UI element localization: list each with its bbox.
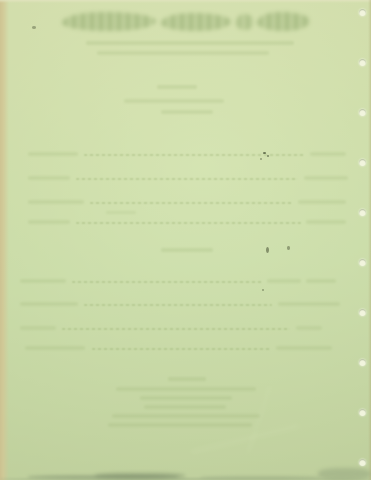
ghost-text-line bbox=[161, 248, 213, 252]
ghost-text-line bbox=[20, 326, 56, 330]
ghost-text-line bbox=[112, 414, 260, 418]
ghost-text-line bbox=[28, 152, 78, 156]
ghost-text-line bbox=[28, 220, 70, 224]
ghost-text-line bbox=[310, 152, 346, 156]
ghost-text-line bbox=[157, 85, 197, 89]
scan-edge-top bbox=[0, 0, 371, 3]
ghost-text-line bbox=[306, 279, 336, 283]
ghost-text-line bbox=[20, 302, 78, 306]
ghost-form-rule bbox=[62, 328, 290, 330]
punch-hole bbox=[359, 359, 366, 366]
ghost-form-rule bbox=[90, 202, 292, 204]
ghost-letterhead-blob bbox=[236, 14, 254, 30]
ghost-text-line bbox=[168, 377, 206, 381]
ghost-text-line bbox=[25, 346, 85, 350]
ghost-form-rule bbox=[84, 304, 272, 306]
ghost-text-line bbox=[278, 302, 340, 306]
ghost-text-line bbox=[124, 99, 224, 103]
punch-hole bbox=[359, 109, 366, 116]
ghost-form-rule bbox=[76, 178, 298, 180]
ink-speck bbox=[263, 152, 266, 154]
punch-hole bbox=[359, 9, 366, 16]
ghost-form-rule bbox=[76, 222, 301, 224]
punch-hole bbox=[359, 59, 366, 66]
ghost-text-line bbox=[86, 41, 294, 45]
ghost-text-line bbox=[306, 220, 346, 224]
scanned-page bbox=[0, 0, 371, 480]
ghost-form-rule bbox=[72, 281, 262, 283]
punch-hole bbox=[359, 459, 366, 466]
paper-crease-highlight bbox=[247, 386, 271, 453]
ghost-text-line bbox=[116, 387, 256, 391]
punch-hole bbox=[359, 259, 366, 266]
ghost-text-line bbox=[140, 396, 232, 400]
ghost-text-line bbox=[144, 405, 226, 409]
paper-crease-highlight bbox=[191, 425, 298, 454]
ghost-text-line bbox=[106, 211, 136, 214]
ghost-letterhead-blob bbox=[62, 12, 156, 31]
ink-speck bbox=[32, 26, 36, 29]
ghost-text-line bbox=[28, 176, 70, 180]
ink-speck bbox=[260, 158, 262, 160]
ink-speck bbox=[262, 289, 264, 291]
ghost-text-line bbox=[28, 200, 84, 204]
ghost-form-rule bbox=[84, 154, 304, 156]
ink-speck bbox=[287, 246, 290, 250]
ghost-text-line bbox=[267, 279, 301, 283]
punch-hole bbox=[359, 159, 366, 166]
ghost-text-line bbox=[97, 51, 269, 55]
ghost-text-line bbox=[304, 176, 348, 180]
ghost-text-line bbox=[276, 346, 332, 350]
ghost-letterhead-blob bbox=[161, 13, 231, 31]
punch-hole bbox=[359, 309, 366, 316]
punch-hole bbox=[359, 209, 366, 216]
ghost-text-line bbox=[161, 110, 213, 114]
ghost-text-line bbox=[298, 200, 346, 204]
ghost-letterhead-blob bbox=[257, 12, 310, 31]
ghost-form-rule bbox=[92, 348, 270, 350]
scan-edge-left bbox=[0, 0, 9, 480]
ghost-text-line bbox=[108, 423, 252, 427]
ghost-text-line bbox=[20, 279, 66, 283]
punch-hole bbox=[359, 409, 366, 416]
ink-speck bbox=[266, 247, 269, 253]
ghost-text-line bbox=[296, 326, 322, 330]
ink-speck bbox=[267, 155, 269, 157]
